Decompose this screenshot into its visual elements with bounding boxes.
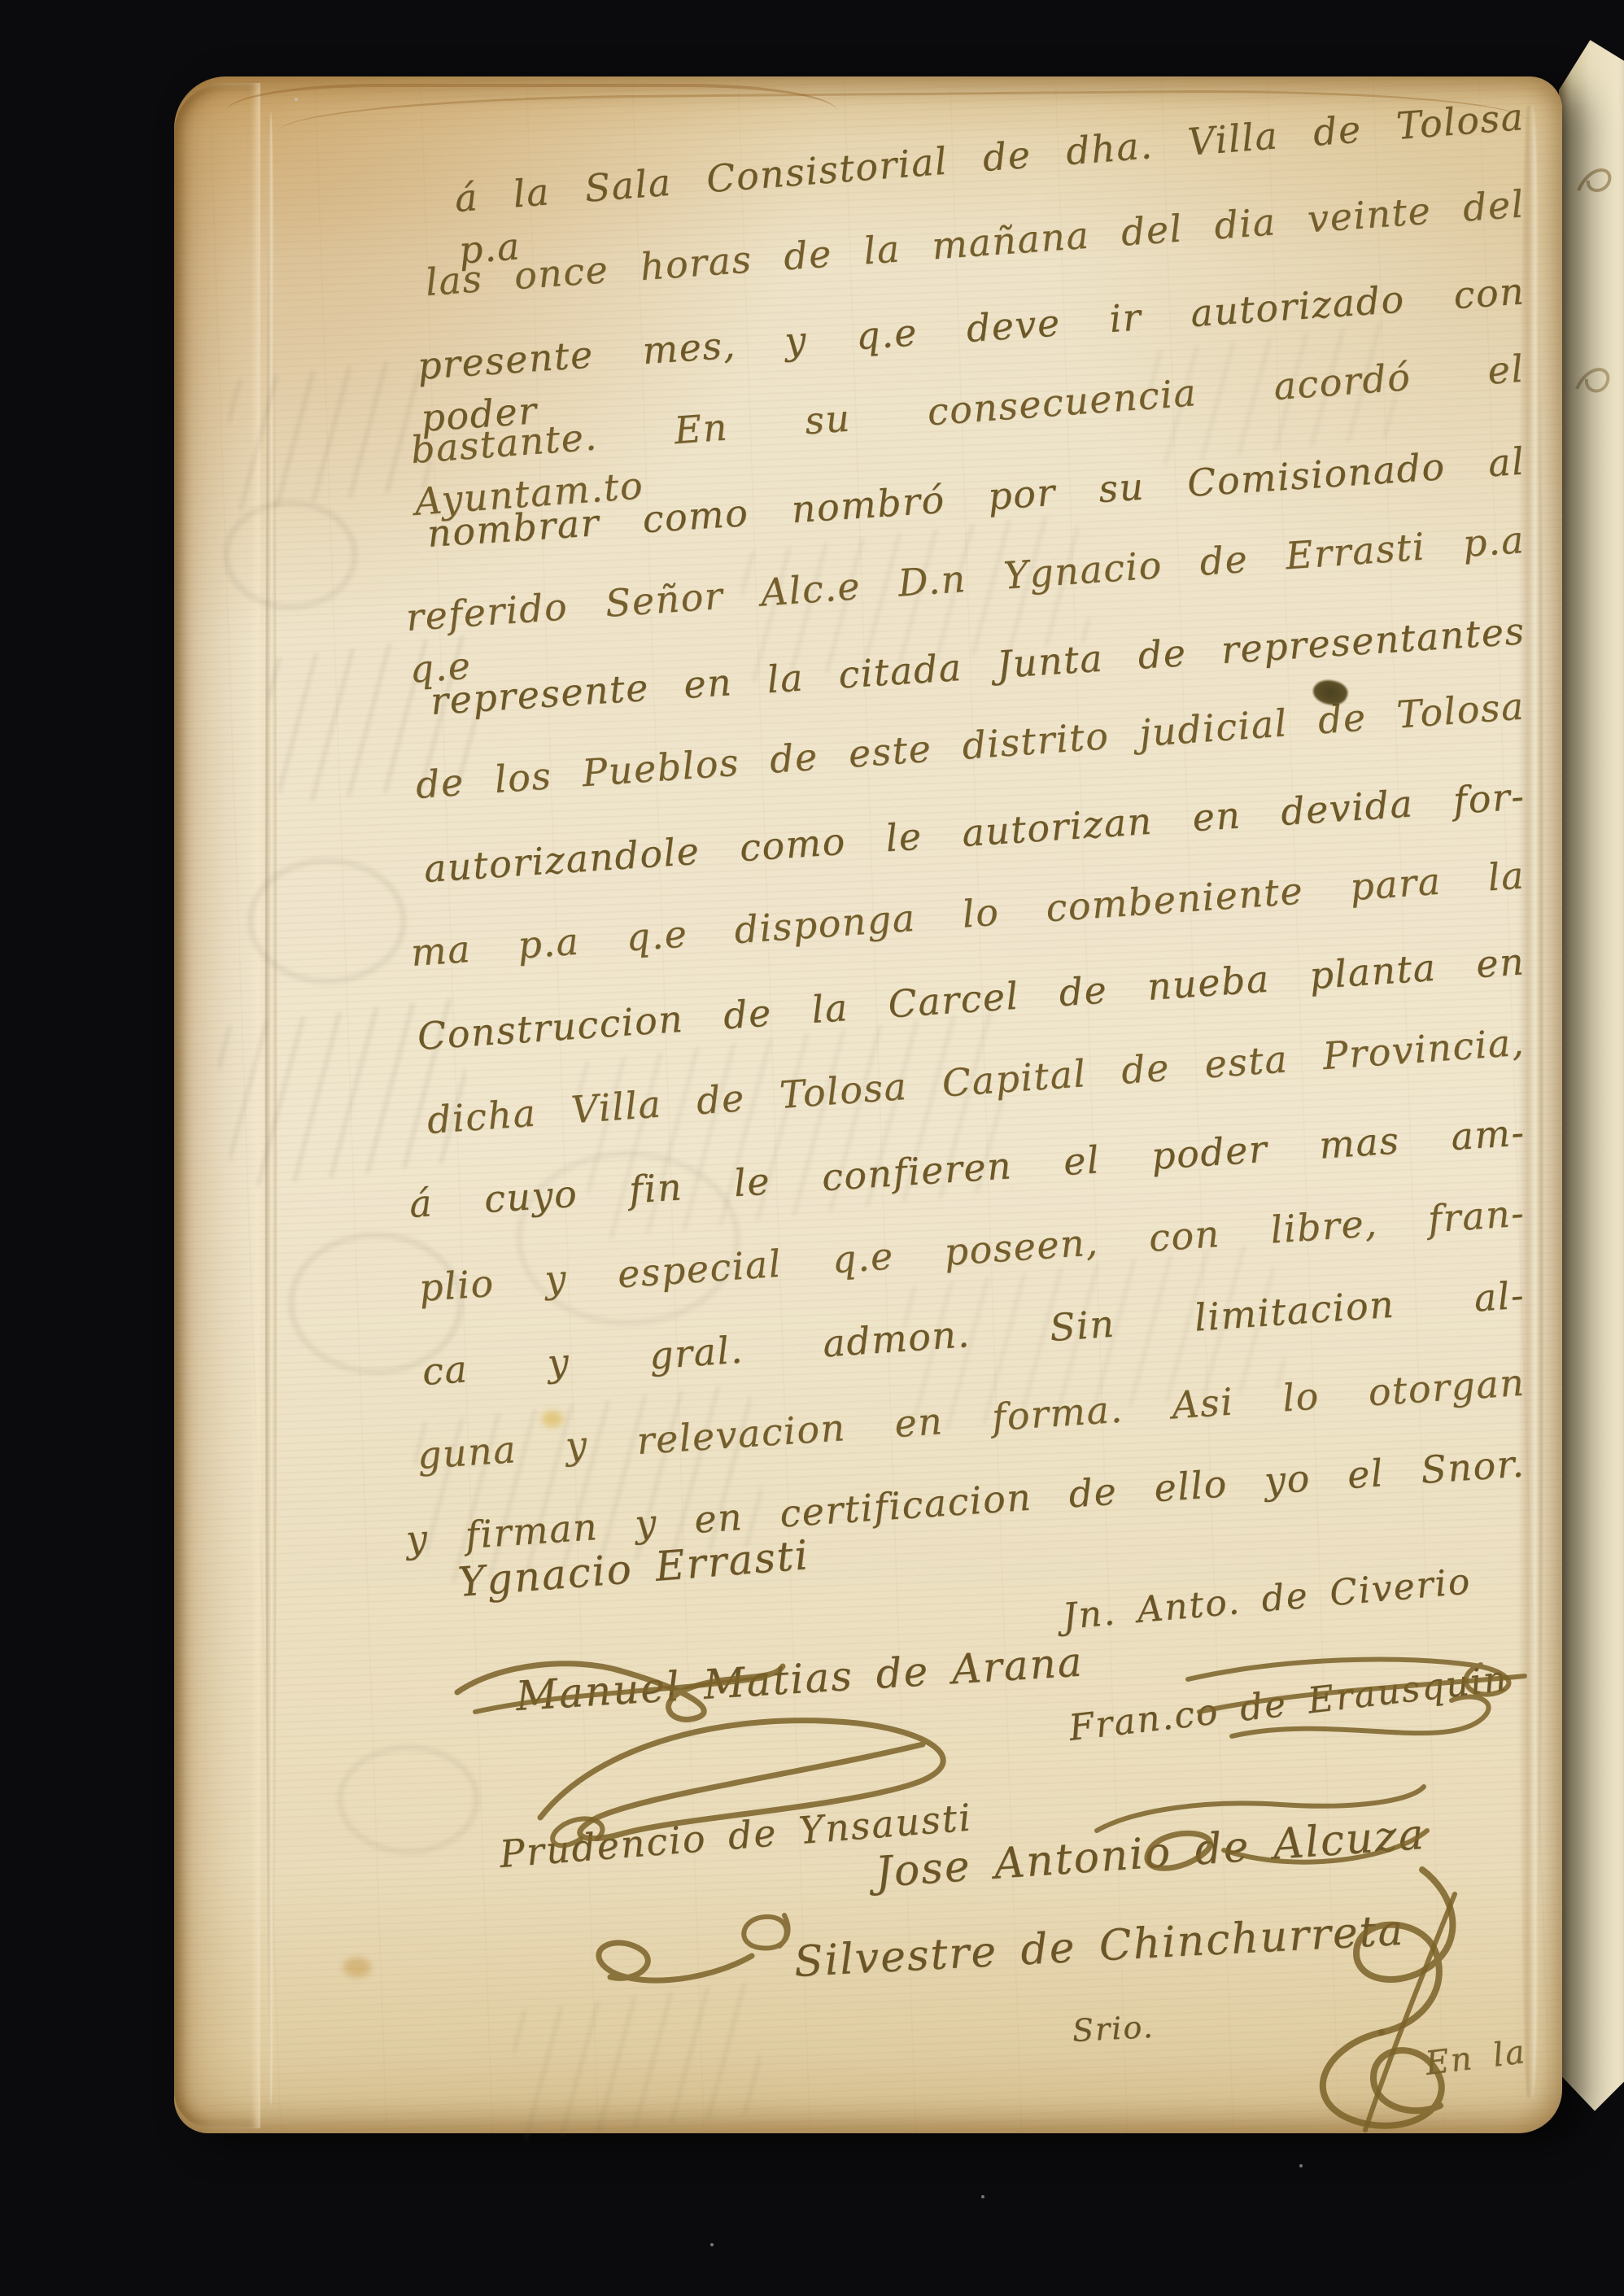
rubric-secretary-icon [1251,1862,1495,2154]
next-page-ink-fragment-icon [1574,158,1616,203]
next-page-ink-fragment-icon [1574,358,1616,404]
dust-speck [295,98,298,101]
spine-crease [265,112,277,2106]
page-top-rim [226,84,837,111]
dust-speck [981,2195,984,2198]
dust-speck [1299,2164,1303,2167]
signature-jn-anto-de-civerio: Jn. Anto. de Civerio [1061,1560,1473,1638]
paper-stain [542,1411,563,1427]
dust-speck [710,2243,714,2246]
rubric-ynsausti-icon [581,1899,801,1997]
page-stack-edge [174,83,260,2128]
fore-edge-curve [1518,106,1543,2097]
signature-manuel-matias-arana: Manuel Matias de Arana [514,1638,1085,1720]
paper-stain [343,1958,371,1977]
ghost-showthrough [337,1744,480,1855]
manuscript-photo: á la Sala Consistorial de dha. Villa de … [0,0,1624,2296]
next-page-edge [1559,36,1624,2124]
ghost-showthrough [509,1982,766,2141]
catchword: En la [1423,2033,1528,2083]
secretary-abbreviation: Srio. [1072,2009,1155,2049]
manuscript-page: á la Sala Consistorial de dha. Villa de … [174,76,1562,2133]
signature-franco-de-erausquin: Fran.co de Erausquin [1067,1658,1510,1749]
signature-silvestre-chinchurreta: Silvestre de Chinchurreta [792,1906,1405,1987]
